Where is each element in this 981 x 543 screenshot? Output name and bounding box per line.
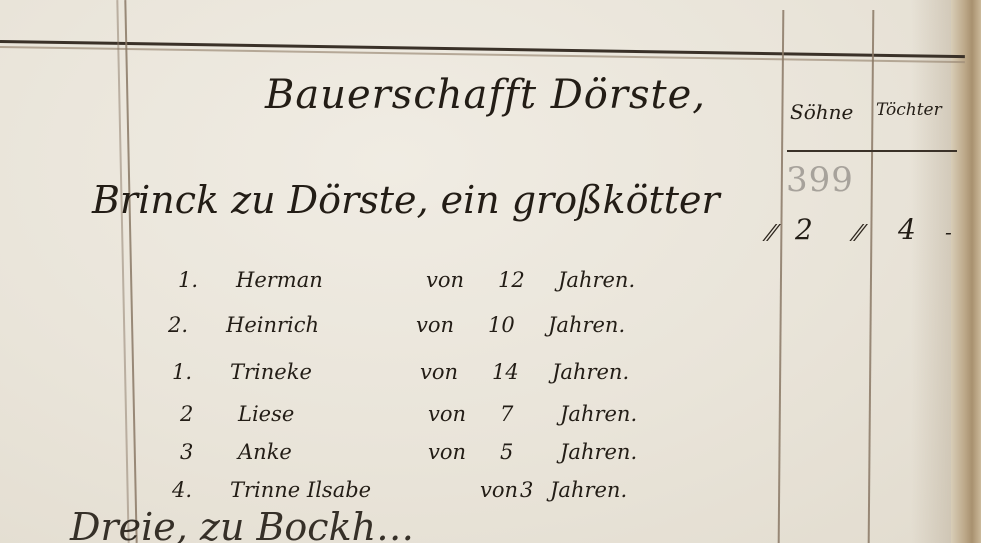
book-binding-edge bbox=[951, 0, 981, 543]
child-age: 3 bbox=[520, 478, 550, 502]
folio-number: 399 bbox=[786, 160, 854, 200]
child-von: von bbox=[428, 402, 500, 426]
child-row: 2Liesevon7Jahren. bbox=[180, 402, 637, 426]
child-von: von bbox=[426, 268, 498, 292]
column-rule-daughters bbox=[868, 10, 875, 543]
trailing-mark: - bbox=[945, 220, 952, 244]
child-von: von bbox=[416, 313, 488, 337]
child-name: Heinrich bbox=[226, 313, 416, 337]
child-age: 12 bbox=[498, 268, 558, 292]
child-von: von bbox=[420, 360, 492, 384]
child-age: 10 bbox=[488, 313, 548, 337]
child-number: 3 bbox=[180, 440, 238, 464]
child-name: Anke bbox=[238, 440, 428, 464]
child-von: von bbox=[480, 478, 520, 502]
child-age-unit: Jahren. bbox=[560, 440, 637, 464]
column-header-underline bbox=[787, 150, 957, 152]
household-entry: Brinck zu Dörste, ein großkötter bbox=[92, 178, 720, 222]
child-row: 1.Trinekevon14Jahren. bbox=[172, 360, 629, 384]
child-age: 14 bbox=[492, 360, 552, 384]
daughters-count: 4 bbox=[898, 213, 916, 246]
child-age-unit: Jahren. bbox=[552, 360, 629, 384]
child-name: Liese bbox=[238, 402, 428, 426]
tally-mark: ⁄⁄ bbox=[768, 222, 775, 247]
child-row: 2.Heinrichvon10Jahren. bbox=[168, 313, 625, 337]
child-row: 3Ankevon5Jahren. bbox=[180, 440, 637, 464]
next-entry-partial: Dreie, zu Bockh… bbox=[70, 505, 414, 543]
child-von: von bbox=[428, 440, 500, 464]
child-age: 5 bbox=[500, 440, 560, 464]
child-age-unit: Jahren. bbox=[548, 313, 625, 337]
child-age-unit: Jahren. bbox=[550, 478, 627, 502]
child-number: 2. bbox=[168, 313, 226, 337]
child-name: Trineke bbox=[230, 360, 420, 384]
manuscript-page: Bauerschafft Dörste, Söhne Töchter 399 B… bbox=[0, 0, 981, 543]
child-number: 1. bbox=[178, 268, 236, 292]
child-number: 2 bbox=[180, 402, 238, 426]
tally-mark: ⁄⁄ bbox=[855, 222, 862, 247]
column-header-daughters: Töchter bbox=[876, 100, 942, 120]
child-name: Trinne Ilsabe bbox=[230, 478, 480, 502]
binding-shadow bbox=[911, 0, 951, 543]
child-name: Herman bbox=[236, 268, 426, 292]
child-row: 4.Trinne Ilsabevon3Jahren. bbox=[172, 478, 627, 502]
child-number: 1. bbox=[172, 360, 230, 384]
child-age-unit: Jahren. bbox=[560, 402, 637, 426]
child-row: 1.Hermanvon12Jahren. bbox=[178, 268, 635, 292]
child-age: 7 bbox=[500, 402, 560, 426]
child-number: 4. bbox=[172, 478, 230, 502]
column-rule-sons bbox=[778, 10, 785, 543]
column-header-sons: Söhne bbox=[790, 100, 853, 124]
child-age-unit: Jahren. bbox=[558, 268, 635, 292]
sons-count: 2 bbox=[795, 213, 813, 246]
page-title: Bauerschafft Dörste, bbox=[265, 72, 706, 118]
